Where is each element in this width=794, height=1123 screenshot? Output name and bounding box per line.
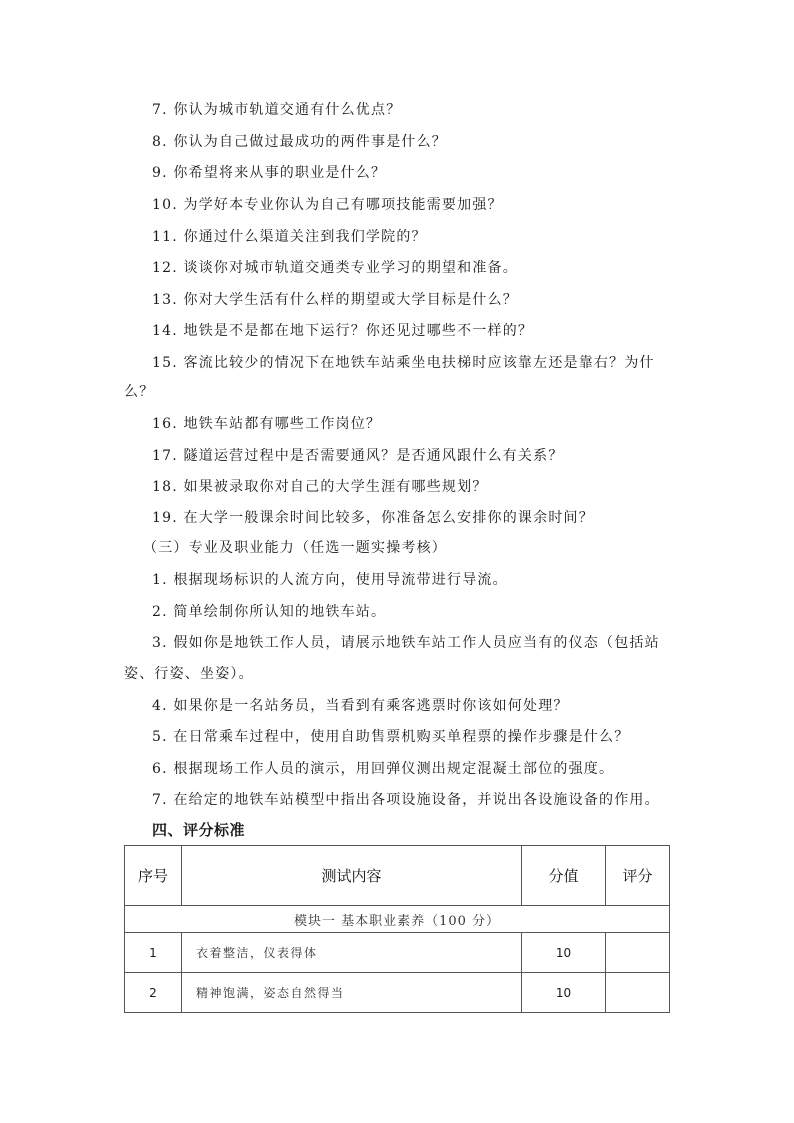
question-16: 16. 地铁车站都有哪些工作岗位？	[152, 414, 698, 434]
row-number: 1	[125, 933, 182, 973]
header-test-content: 测试内容	[182, 846, 522, 906]
question-11: 11. 你通过什么渠道关注到我们学院的？	[152, 227, 698, 247]
task-5: 5. 在日常乘车过程中，使用自助售票机购买单程票的操作步骤是什么？	[152, 727, 698, 747]
header-score: 评分	[606, 846, 670, 906]
question-9: 9. 你希望将来从事的职业是什么？	[152, 163, 698, 183]
task-7: 7. 在给定的地铁车站模型中指出各项设施设备，并说出各设施设备的作用。	[152, 790, 698, 810]
row-score-cell[interactable]	[606, 973, 670, 1013]
scoring-table: 序号 测试内容 分值 评分 模块一 基本职业素养（100 分） 1 衣着整洁，仪…	[124, 845, 670, 1013]
table-header-row: 序号 测试内容 分值 评分	[125, 846, 670, 906]
question-17: 17. 隧道运营过程中是否需要通风？是否通风跟什么有关系？	[152, 446, 698, 466]
question-12: 12. 谈谈你对城市轨道交通类专业学习的期望和准备。	[152, 258, 698, 278]
header-points: 分值	[522, 846, 606, 906]
task-1: 1. 根据现场标识的人流方向，使用导流带进行导流。	[152, 570, 698, 590]
table-row: 1 衣着整洁，仪表得体 10	[125, 933, 670, 973]
question-18: 18. 如果被录取你对自己的大学生涯有哪些规划？	[152, 477, 698, 497]
row-content: 衣着整洁，仪表得体	[182, 933, 522, 973]
question-15: 15. 客流比较少的情况下在地铁车站乘坐电扶梯时应该靠左还是靠右？为什	[152, 353, 698, 373]
task-4: 4. 如果你是一名站务员，当看到有乘客逃票时你该如何处理？	[152, 696, 698, 716]
question-13: 13. 你对大学生活有什么样的期望或大学目标是什么？	[152, 290, 698, 310]
document-page: 7. 你认为城市轨道交通有什么优点？ 8. 你认为自己做过最成功的两件事是什么？…	[0, 0, 794, 1123]
table-row: 2 精神饱满，姿态自然得当 10	[125, 973, 670, 1013]
task-6: 6. 根据现场工作人员的演示，用回弹仪测出规定混凝土部位的强度。	[152, 759, 698, 779]
row-points: 10	[522, 933, 606, 973]
question-10: 10. 为学好本专业你认为自己有哪项技能需要加强？	[152, 195, 698, 215]
row-content: 精神饱满，姿态自然得当	[182, 973, 522, 1013]
question-8: 8. 你认为自己做过最成功的两件事是什么？	[152, 132, 698, 152]
row-number: 2	[125, 973, 182, 1013]
question-15-continuation: 么？	[124, 382, 670, 402]
question-14: 14. 地铁是不是都在地下运行？你还见过哪些不一样的？	[152, 321, 698, 341]
row-points: 10	[522, 973, 606, 1013]
header-number: 序号	[125, 846, 182, 906]
task-3-continuation: 姿、行姿、坐姿）。	[124, 664, 670, 684]
task-3: 3. 假如你是地铁工作人员，请展示地铁车站工作人员应当有的仪态（包括站	[152, 633, 698, 653]
question-7: 7. 你认为城市轨道交通有什么优点？	[152, 100, 698, 120]
module-row: 模块一 基本职业素养（100 分）	[125, 906, 670, 933]
row-score-cell[interactable]	[606, 933, 670, 973]
question-19: 19. 在大学一般课余时间比较多，你准备怎么安排你的课余时间？	[152, 508, 698, 528]
section-four-title: 四、评分标准	[152, 820, 245, 840]
section-three-title: （三）专业及职业能力（任选一题实操考核）	[143, 538, 689, 558]
module-title: 模块一 基本职业素养（100 分）	[125, 906, 670, 933]
task-2: 2. 简单绘制你所认知的地铁车站。	[152, 602, 698, 622]
